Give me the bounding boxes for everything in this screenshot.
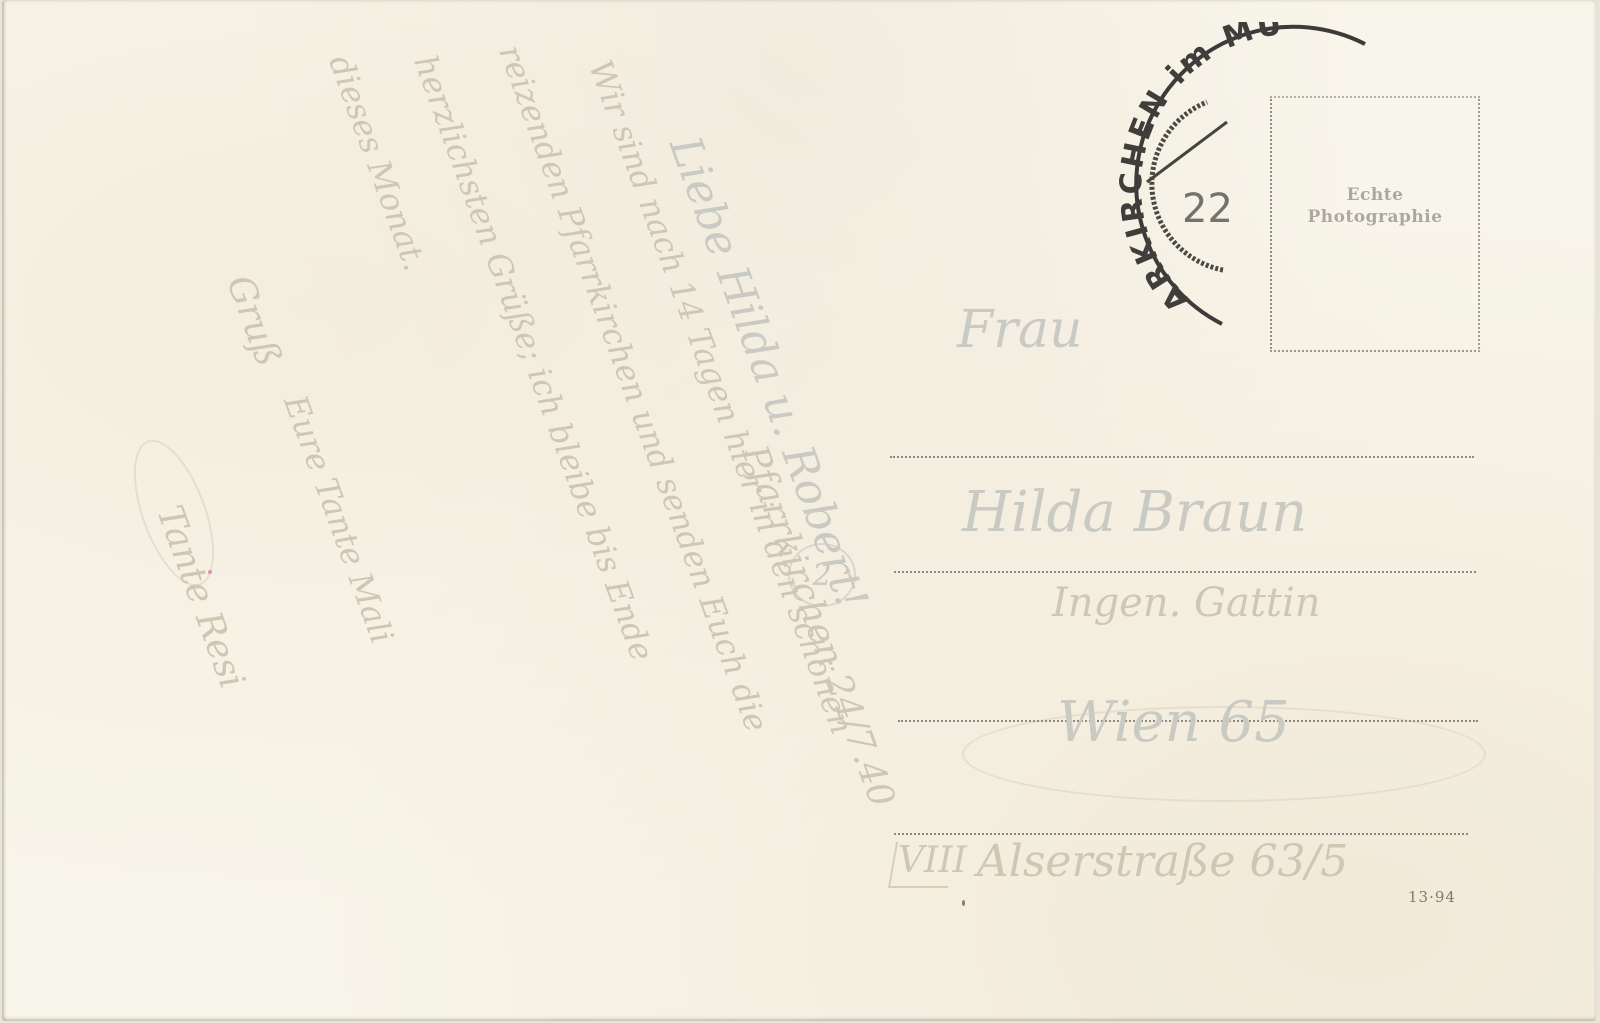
stamp-box-line-1: Echte (1272, 184, 1478, 206)
svg-text:ARKIRCHEN im MÜ: ARKIRCHEN im MÜ (1114, 22, 1287, 318)
postcard-back: ARKIRCHEN im MÜ 22 ARKIRCHEN im MÜ Echte… (2, 0, 1596, 1021)
address-district: VIII (898, 840, 967, 881)
stamp-placement-box: Echte Photographie (1270, 96, 1480, 352)
address-salutation: Frau (957, 300, 1082, 360)
address-street: Alserstraße 63/5 (977, 836, 1348, 887)
postmark-day: 22 (1182, 186, 1233, 232)
ink-speck (208, 570, 212, 574)
address-occupation: Ingen. Gattin (1052, 580, 1321, 626)
ink-speck (962, 900, 965, 906)
address-name: Hilda Braun (962, 480, 1307, 545)
address-line-2 (894, 571, 1476, 573)
address-city: Wien 65 (1057, 690, 1290, 755)
stamp-box-line-2: Photographie (1272, 206, 1478, 228)
address-line-4 (894, 833, 1468, 835)
message-line-6: Eure Tante Mali (276, 390, 401, 648)
print-number: 13·94 (1408, 888, 1456, 906)
stamp-box-label: Echte Photographie (1272, 184, 1478, 228)
address-line-1 (890, 456, 1474, 458)
message-line-5: Gruß (218, 270, 288, 372)
